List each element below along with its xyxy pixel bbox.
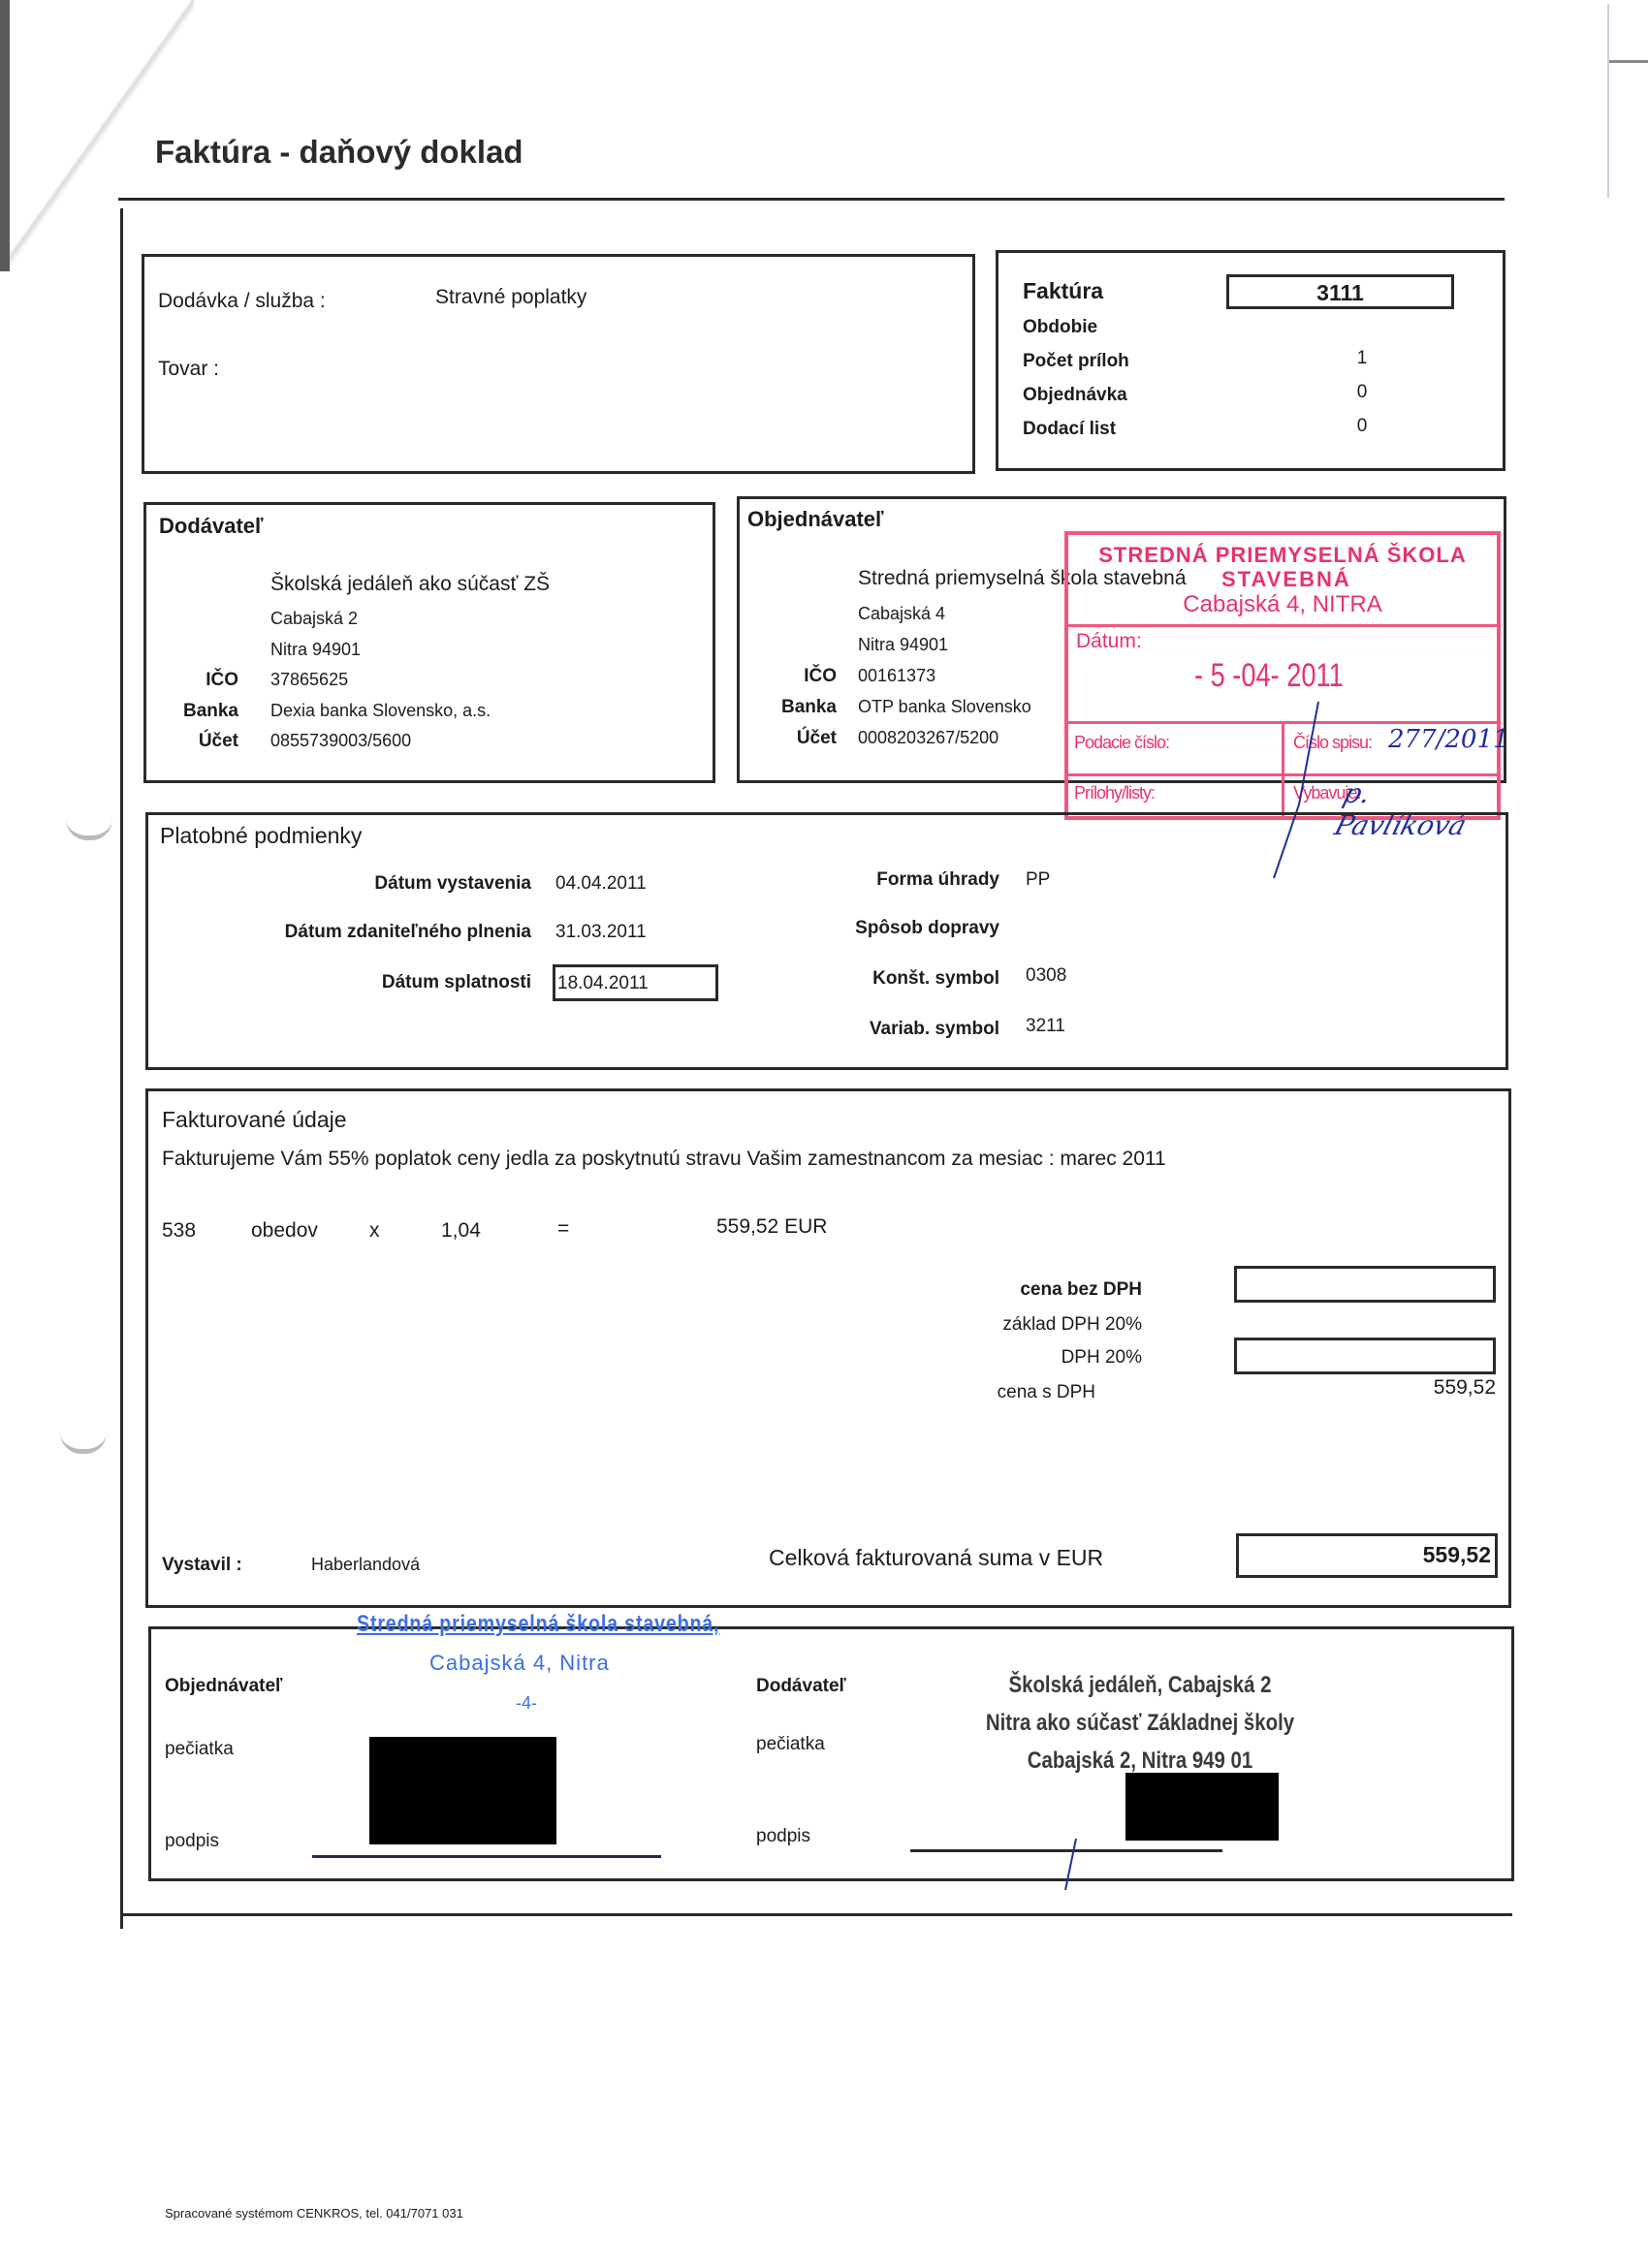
line-total: 559,52 EUR xyxy=(716,1215,827,1239)
const-symbol: 0308 xyxy=(1026,965,1066,987)
grand-total-box: 559,52 xyxy=(1236,1533,1498,1578)
redacted-customer-signature xyxy=(369,1737,556,1844)
customer-account-label: Účet xyxy=(740,728,837,749)
customer-ico-label: IČO xyxy=(740,666,837,687)
stamp-file-value: 277/2011 xyxy=(1388,725,1509,754)
scan-edge xyxy=(0,0,10,271)
customer-stamp-line3: -4- xyxy=(516,1693,537,1714)
customer-stamp-line2: Cabajská 4, Nitra xyxy=(429,1651,610,1676)
stamp-filing-label: Podacie číslo: xyxy=(1074,733,1169,753)
price-no-vat-label: cena bez DPH xyxy=(972,1279,1142,1301)
goods-label: Tovar : xyxy=(158,358,219,381)
price-with-vat: 559,52 xyxy=(1263,1376,1496,1400)
billed-description: Fakturujeme Vám 55% poplatok ceny jedla … xyxy=(162,1148,1166,1171)
stamp-divider xyxy=(1068,624,1497,627)
supplier-account: 0855739003/5600 xyxy=(270,731,411,751)
period-label: Obdobie xyxy=(1023,317,1097,338)
customer-account: 0008203267/5200 xyxy=(858,728,998,748)
attachments-count-value: 1 xyxy=(1338,348,1386,369)
stamp-line3: Cabajská 4, NITRA xyxy=(1068,591,1497,618)
customer-heading: Objednávateľ xyxy=(747,507,884,532)
delivery-note-value: 0 xyxy=(1338,416,1386,437)
supplier-stamp-line3: Cabajská 2, Nitra 949 01 xyxy=(984,1748,1297,1773)
signatures-box: Objednávateľ pečiatka podpis Cabajská 4,… xyxy=(148,1626,1514,1881)
line-quantity: 538 xyxy=(162,1219,196,1243)
billed-data-box: Fakturované údaje Fakturujeme Vám 55% po… xyxy=(145,1088,1511,1608)
customer-street: Cabajská 4 xyxy=(858,604,945,624)
stamp-attachments-label: Prílohy/listy: xyxy=(1074,783,1155,803)
price-no-vat-box xyxy=(1234,1266,1496,1303)
customer-ico: 00161373 xyxy=(858,666,935,686)
transport-label: Spôsob dopravy xyxy=(827,918,999,939)
stamp-date-label: Dátum: xyxy=(1076,630,1142,653)
supplier-stamp-line2: Nitra ako súčasť Základnej školy xyxy=(967,1710,1314,1737)
supplier-ico: 37865625 xyxy=(270,670,348,690)
var-symbol: 3211 xyxy=(1026,1016,1065,1037)
delivery-box: Dodávka / služba : Stravné poplatky Tova… xyxy=(142,254,975,474)
vat-base-label: základ DPH 20% xyxy=(972,1314,1142,1336)
invoice-info-box: Faktúra 3111 Obdobie Počet príloh 1 Obje… xyxy=(996,250,1505,471)
supplier-name: Školská jedáleň ako súčasť ZŠ xyxy=(270,573,550,596)
customer-bank-label: Banka xyxy=(740,697,837,718)
var-symbol-label: Variab. symbol xyxy=(827,1019,999,1040)
supplier-account-label: Účet xyxy=(156,731,238,752)
price-with-vat-label: cena s DPH xyxy=(972,1382,1095,1403)
supplier-stamp-label: pečiatka xyxy=(756,1734,825,1755)
outer-left-rule xyxy=(120,208,123,1929)
customer-signature-heading: Objednávateľ xyxy=(165,1676,282,1697)
attachments-count-label: Počet príloh xyxy=(1023,351,1129,372)
punch-hole xyxy=(60,1433,107,1454)
supplier-signature-label: podpis xyxy=(756,1826,810,1847)
punch-hole xyxy=(66,819,112,840)
line-equals: = xyxy=(557,1217,569,1241)
pen-stroke xyxy=(1062,1837,1081,1895)
customer-signature-label: podpis xyxy=(165,1831,219,1852)
order-value: 0 xyxy=(1338,382,1386,403)
delivery-note-label: Dodací list xyxy=(1023,419,1116,440)
customer-stamp-label: pečiatka xyxy=(165,1739,234,1760)
invoice-number-box: 3111 xyxy=(1226,274,1454,309)
customer-city: Nitra 94901 xyxy=(858,635,948,655)
supplier-street: Cabajská 2 xyxy=(270,609,358,629)
supplier-heading: Dodávateľ xyxy=(159,514,264,539)
payment-form-label: Forma úhrady xyxy=(827,869,999,891)
supplier-bank-label: Banka xyxy=(156,701,238,722)
supplier-city: Nitra 94901 xyxy=(270,640,361,660)
supplier-stamp-line1: Školská jedáleň, Cabajská 2 xyxy=(984,1672,1297,1699)
issue-date: 04.04.2011 xyxy=(555,873,647,895)
invoice-number: 3111 xyxy=(1229,280,1451,306)
service-value: Stravné poplatky xyxy=(435,286,586,309)
payment-form: PP xyxy=(1026,869,1050,891)
payment-terms-heading: Platobné podmienky xyxy=(160,823,362,849)
customer-stamp-line1: Stredná priemyselná škola stavebná, xyxy=(357,1611,719,1638)
line-price: 1,04 xyxy=(441,1219,481,1243)
footer-note: Spracované systémom CENKROS, tel. 041/70… xyxy=(165,2206,463,2221)
issue-date-label: Dátum vystavenia xyxy=(148,873,531,895)
grand-total-label: Celková fakturovaná suma v EUR xyxy=(769,1545,1103,1571)
stamp-line1: STREDNÁ PRIEMYSELNÁ ŠKOLA xyxy=(1068,543,1497,568)
issued-by: Haberlandová xyxy=(311,1555,420,1575)
customer-bank: OTP banka Slovensko xyxy=(858,697,1031,717)
stamp-line2: STAVEBNÁ xyxy=(1221,567,1351,592)
redacted-supplier-signature xyxy=(1125,1773,1279,1841)
tax-date: 31.03.2011 xyxy=(555,922,647,943)
tax-date-label: Dátum zdaniteľného plnenia xyxy=(148,922,531,943)
bottom-rule xyxy=(120,1913,1512,1916)
due-date-box: 18.04.2011 xyxy=(553,964,718,1001)
issued-by-label: Vystavil : xyxy=(162,1555,242,1576)
order-label: Objednávka xyxy=(1023,385,1127,406)
billed-heading: Fakturované údaje xyxy=(162,1107,347,1133)
supplier-ico-label: IČO xyxy=(156,670,238,691)
payment-terms-box: Platobné podmienky Dátum vystavenia 04.0… xyxy=(145,812,1508,1070)
due-date-label: Dátum splatnosti xyxy=(148,972,531,993)
const-symbol-label: Konšt. symbol xyxy=(827,968,999,990)
service-label: Dodávka / služba : xyxy=(158,290,326,313)
grand-total: 559,52 xyxy=(1423,1542,1491,1568)
customer-signature-line xyxy=(312,1855,661,1858)
invoice-label: Faktúra xyxy=(1023,278,1103,304)
supplier-bank: Dexia banka Slovensko, a.s. xyxy=(270,701,491,721)
top-rule xyxy=(118,198,1505,201)
scan-mark xyxy=(1609,60,1648,63)
supplier-box: Dodávateľ Školská jedáleň ako súčasť ZŠ … xyxy=(143,502,715,783)
scan-edge-right xyxy=(1607,4,1609,198)
due-date: 18.04.2011 xyxy=(557,973,649,994)
line-times: x xyxy=(369,1219,380,1243)
stamp-date-value: - 5 -04- 2011 xyxy=(1194,657,1344,695)
supplier-signature-heading: Dodávateľ xyxy=(756,1676,846,1697)
page-title: Faktúra - daňový doklad xyxy=(155,134,523,171)
line-unit: obedov xyxy=(251,1219,318,1243)
vat-label: DPH 20% xyxy=(972,1347,1142,1369)
vat-box xyxy=(1234,1338,1496,1374)
